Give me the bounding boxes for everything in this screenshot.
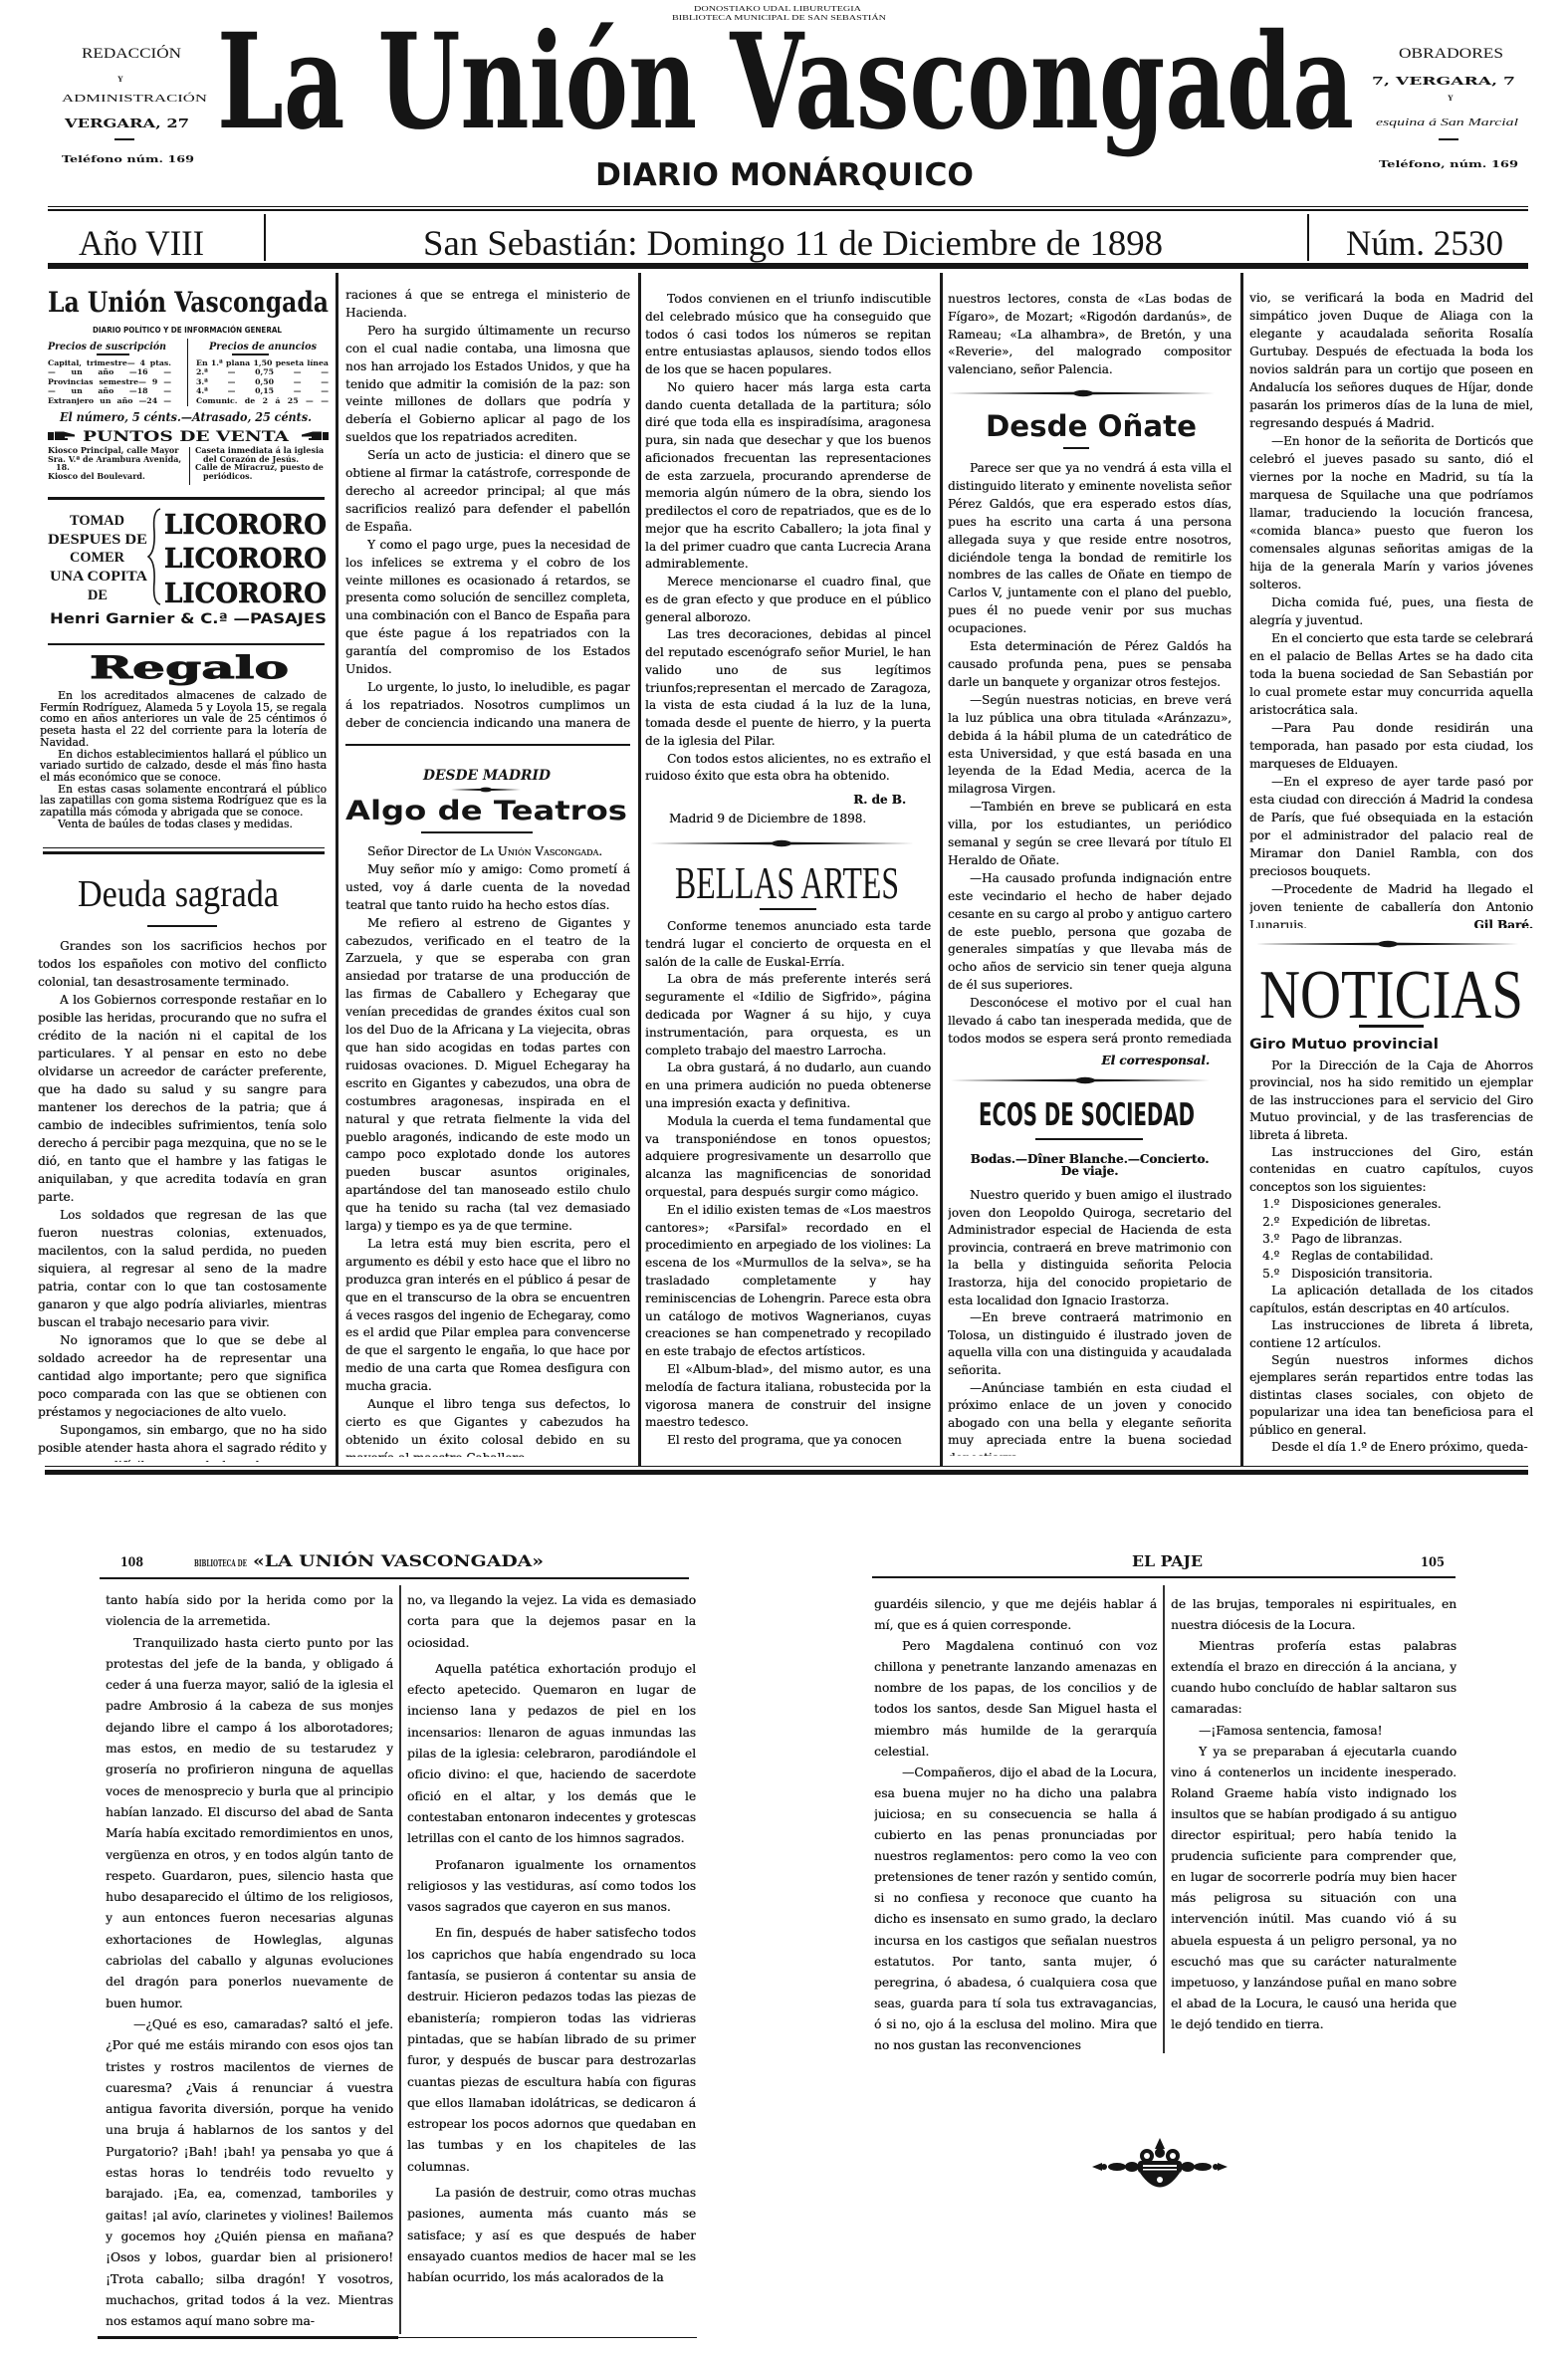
sales-points-left: Kiosco Principal, calle Mayor Sra. V.ª d… xyxy=(48,446,187,481)
divider-dash xyxy=(114,138,134,140)
paragraph: Me refiero al estreno de Gigantes y cabe… xyxy=(345,915,630,1236)
paragraph: Aquella patética exhortación produjo el … xyxy=(407,1659,696,1850)
single-issue-price: El número, 5 cénts.—Atrasado, 25 cénts. xyxy=(60,410,314,424)
title-underline xyxy=(1063,447,1089,449)
sales-point: Kiosco del Boulevard. xyxy=(48,472,187,481)
conjunction-label: Y xyxy=(117,75,123,84)
header-rule-thin xyxy=(48,206,1528,207)
list-number: 2.º xyxy=(1249,1214,1291,1231)
mini-masthead-title-text: La Unión Vascongada xyxy=(48,286,329,319)
paragraph: Las tres decoraciones, debidas al pincel… xyxy=(645,626,931,750)
header-title-text: «LA UNIÓN VASCONGADA» xyxy=(253,1550,544,1570)
dateline-divider-left xyxy=(264,214,266,261)
paragraph: La obra de más preferente interés será s… xyxy=(645,971,931,1060)
section-rule xyxy=(48,643,325,645)
paragraph: Desde el día 1.º de Enero próximo, queda… xyxy=(1249,1439,1533,1456)
deuda-title: Deuda sagrada xyxy=(78,874,281,916)
paragraph: Tranquilizado hasta cierto punto por las… xyxy=(106,1633,393,2014)
ad-brand: LICORORO xyxy=(164,579,327,609)
onate-title: Desde Oñate xyxy=(986,410,1199,442)
paragraph: —En el expreso de ayer tarde pasó por es… xyxy=(1249,773,1533,880)
masthead-subtitle: DIARIO MONÁRQUICO xyxy=(595,157,976,189)
feuilleton-header-rule xyxy=(100,1577,689,1579)
ecos-article-body: Nuestro querido y buen amigo el ilustrad… xyxy=(948,1187,1232,1456)
administracion-label: ADMINISTRACIÓN xyxy=(62,93,207,105)
ecos-title-text: ECOS DE SOCIEDAD xyxy=(979,1097,1195,1133)
list-number: 5.º xyxy=(1249,1266,1291,1283)
pointing-hand-left-icon xyxy=(301,430,329,442)
page-number-text: 108 xyxy=(120,1555,143,1570)
paragraph: El «Album-blad», del mismo autor, es una… xyxy=(645,1361,931,1432)
paragraph: —Ha causado profunda indignación entre e… xyxy=(948,870,1232,995)
header-rule xyxy=(48,209,1528,211)
ornamental-rule xyxy=(948,389,1215,397)
licororo-ad: TOMAD DESPUES DE COMER UNA COPITA DE LIC… xyxy=(48,506,329,627)
page-bottom-rule xyxy=(45,1470,1528,1475)
obradores-address: 7, VERGARA, 7 xyxy=(1372,75,1515,88)
sales-points-right: Caseta inmediata á la iglesia del Corazó… xyxy=(195,446,329,481)
noticias-body: Por la Dirección de la Caja de Ahorros p… xyxy=(1249,1058,1533,1456)
title-underline xyxy=(421,831,533,833)
section-rule xyxy=(345,744,630,746)
ornamental-rule xyxy=(451,786,521,794)
sales-points-divider xyxy=(189,447,190,485)
paragraph: Profanaron igualmente los ornamentos rel… xyxy=(407,1855,696,1919)
price-row: 3.ª — 0,50 — — xyxy=(196,377,329,386)
paragraph: La letra está muy bien escrita, pero el … xyxy=(345,1236,630,1396)
paragraph: —¿Qué es eso, camaradas? saltó el jefe. … xyxy=(106,2014,393,2332)
feuilleton-header-title: «LA UNIÓN VASCONGADA» xyxy=(253,1551,547,1569)
header-prefix-text: BIBLIOTECA DE xyxy=(194,1559,247,1569)
pointing-hand-right-icon xyxy=(48,430,76,442)
price-row: Capital, trimestre— 4 ptas. xyxy=(48,358,171,367)
price-row: Provincias semestre— 9 — xyxy=(48,377,171,386)
column-separator xyxy=(336,273,338,1466)
paragraph: En estas casas solamente encontrará el p… xyxy=(40,784,327,819)
paragraph: —Según nuestras noticias, en breve verá … xyxy=(948,692,1232,799)
paragraph: En dichos establecimientos hallará el pú… xyxy=(40,749,327,784)
feuilleton-column-b: no, va llegando la vejez. La vida es dem… xyxy=(407,1590,696,2335)
masthead-subtitle-text: DIARIO MONÁRQUICO xyxy=(595,157,974,193)
paragraph: Esta determinación de Pérez Galdós ha ca… xyxy=(948,638,1232,692)
article-signature: R. de B. xyxy=(645,791,906,809)
paragraph: Y como el pago urge, pues la necesidad d… xyxy=(345,537,630,679)
mini-masthead-subtitle: DIARIO POLÍTICO Y DE INFORMACIÓN GENERAL xyxy=(93,325,284,335)
sales-point: Caseta inmediata á la iglesia del Corazó… xyxy=(195,446,329,463)
ad-prices: En 1.ª plana 1,50 peseta línea 2.ª — 0,7… xyxy=(196,358,329,405)
paragraph: Según nuestros informes dichos ejemplare… xyxy=(1249,1352,1533,1439)
feuilleton-column-a: tanto había sido por la herida como por … xyxy=(106,1590,393,2335)
paragraph: raciones á que se entrega el ministerio … xyxy=(345,287,630,323)
deuda-article-body: Grandes son los sacrificios hechos por t… xyxy=(38,937,327,1462)
list-text: Disposición transitoria. xyxy=(1291,1266,1433,1283)
small-rule xyxy=(97,353,129,355)
paragraph: Supongamos, sin embargo, que no ha sido … xyxy=(38,1421,327,1462)
paragraph: —Anúnciase también en esta ciudad el pró… xyxy=(948,1380,1232,1456)
onate-article-body: Parece ser que ya no vendrá á esta villa… xyxy=(948,460,1232,1051)
section-label-text: DESDE MADRID xyxy=(422,768,552,784)
paragraph: Dicha comida fué, pues, una fiesta de al… xyxy=(1249,593,1533,629)
sales-points-heading-text: PUNTOS DE VENTA xyxy=(83,429,290,445)
fleuron-ornament-icon xyxy=(1090,2136,1230,2206)
single-issue-price-text: El número, 5 cénts.—Atrasado, 25 cénts. xyxy=(59,410,312,424)
salutation-text: Señor Director de xyxy=(367,844,480,858)
brace-icon xyxy=(148,509,160,604)
dateline-divider-right xyxy=(1307,214,1309,261)
ad-line: DESPUES DE xyxy=(48,532,147,548)
divider-dash xyxy=(1439,138,1458,140)
teatros-article-body: Señor Director de La Unión Vascongada. M… xyxy=(345,843,630,1457)
section-rule xyxy=(48,497,325,500)
onate-title-text: Desde Oñate xyxy=(986,409,1197,443)
price-row: — un año —18 — xyxy=(48,386,171,395)
list-item: 5.ºDisposición transitoria. xyxy=(1249,1266,1533,1283)
title-underline xyxy=(1035,1138,1143,1140)
price-row: 2.ª — 0,75 — — xyxy=(196,367,329,376)
paragraph: Por la Dirección de la Caja de Ahorros p… xyxy=(1249,1058,1533,1144)
paragraph: —Procedente de Madrid ha llegado el jove… xyxy=(1249,880,1533,928)
ornamental-rule xyxy=(650,839,914,847)
obradores-label: OBRADORES xyxy=(1399,46,1503,62)
teatros-continuation-body: Todos convienen en el triunfo indiscutib… xyxy=(645,291,931,789)
ad-line: UNA COPITA xyxy=(50,569,147,585)
teatros-title-text: Algo de Teatros xyxy=(345,796,627,826)
paragraph: La pasión de destruir, como otras muchas… xyxy=(407,2183,696,2288)
ad-brand: LICORORO xyxy=(164,544,327,575)
price-row: En 1.ª plana 1,50 peseta línea xyxy=(196,358,329,367)
paragraph: no, va llegando la vejez. La vida es dem… xyxy=(407,1590,696,1654)
redaccion-phone: Teléfono núm. 169 xyxy=(62,154,194,165)
ornamental-rule xyxy=(951,1076,1210,1084)
issue-date: San Sebastián: Domingo 11 de Diciembre d… xyxy=(423,221,1165,261)
price-row: Comunic. de 2 á 25 — — xyxy=(196,396,329,405)
paragraph: Lo urgente, lo justo, lo ineludible, es … xyxy=(345,679,630,735)
sales-point: Calle de Miracruz, puesto de periódicos. xyxy=(195,463,329,480)
paragraph: La obra gustará, á no dudarlo, aun cuand… xyxy=(645,1060,931,1112)
paragraph: Grandes son los sacrificios hechos por t… xyxy=(38,937,327,991)
sales-points-heading: PUNTOS DE VENTA xyxy=(83,428,292,444)
sales-point: Sra. V.ª de Arambura Avenida, 18. xyxy=(48,455,187,472)
mini-masthead-title: La Unión Vascongada xyxy=(48,289,331,319)
paragraph: —Compañeros, dijo el abad de la Locura, … xyxy=(874,1763,1157,2056)
section-rule xyxy=(43,851,325,854)
feuilleton-header-rule xyxy=(872,1576,1456,1578)
list-number: 4.º xyxy=(1249,1248,1291,1265)
salutation: Señor Director de La Unión Vascongada. xyxy=(345,843,630,861)
feuilleton-column-d: de las brujas, temporales ni espirituale… xyxy=(1171,1594,1456,2044)
feuilleton-bottom-rule-thin xyxy=(398,2337,697,2338)
paragraph: Con todos estos alicientes, no es extrañ… xyxy=(645,751,931,787)
list-item: 2.ºExpedición de libretas. xyxy=(1249,1214,1533,1231)
paragraph: guardéis silencio, y que me dejéis habla… xyxy=(874,1594,1157,1636)
paragraph: Parece ser que ya no vendrá á esta villa… xyxy=(948,460,1232,638)
ads-heading: Precios de anuncios xyxy=(209,341,319,353)
obradores-corner: esquina á San Marcial xyxy=(1376,118,1518,128)
regalo-title: Regalo xyxy=(90,652,291,686)
header-title-text: EL PAJE xyxy=(1132,1552,1203,1570)
paragraph: Nuestro querido y buen amigo el ilustrad… xyxy=(948,1187,1232,1309)
masthead-left-info: REDACCIÓN Y ADMINISTRACIÓN VERGARA, 27 T… xyxy=(55,40,214,169)
noticias-title-text: NOTICIAS xyxy=(1259,957,1523,1034)
paragraph: vio, se verificará la boda en Madrid del… xyxy=(1249,289,1533,432)
paragraph: Modula la cuerda el tema fundamental que… xyxy=(645,1113,931,1202)
paragraph: El resto del programa, que ya conocen xyxy=(645,1432,931,1450)
deuda-title-text: Deuda sagrada xyxy=(78,873,279,915)
ecos-continuation-body: vio, se verificará la boda en Madrid del… xyxy=(1249,289,1533,928)
subscription-heading-text: Precios de suscripción xyxy=(47,342,166,353)
paragraph: Todos convienen en el triunfo indiscutib… xyxy=(645,291,931,379)
paragraph: En fin, después de haber satisfecho todo… xyxy=(407,1923,696,2178)
bellas-artes-title-text: BELLAS ARTES xyxy=(675,858,899,908)
masthead-title: La Unión Vascongada xyxy=(217,20,1357,169)
list-number: 3.º xyxy=(1249,1231,1291,1248)
salutation-paper: La Unión Vascongada. xyxy=(480,844,602,858)
ad-brand: LICORORO xyxy=(164,510,327,541)
bellas-artes-continuation: nuestros lectores, consta de «Las bodas … xyxy=(948,291,1232,380)
article-signature: Gil Baré. xyxy=(1473,916,1533,928)
prices-divider xyxy=(187,339,188,406)
feuilleton-column-c: guardéis silencio, y que me dejéis habla… xyxy=(874,1594,1157,2058)
column-separator xyxy=(638,273,641,1466)
list-item: 4.ºReglas de contabilidad. xyxy=(1249,1248,1533,1265)
issue-year-text: Año VIII xyxy=(79,223,204,263)
issue-number: Núm. 2530 xyxy=(1346,221,1505,261)
paragraph: nuestros lectores, consta de «Las bodas … xyxy=(948,291,1232,379)
paragraph: Los soldados que regresan de las que fue… xyxy=(38,1206,327,1331)
ad-line: TOMAD xyxy=(70,513,124,529)
paragraph: —En honor de la señorita de Dorticós que… xyxy=(1249,432,1533,593)
list-text: Expedición de libretas. xyxy=(1291,1214,1431,1231)
ad-line: COMER xyxy=(70,550,124,566)
section-label: DESDE MADRID xyxy=(423,767,553,783)
issue-number-text: Núm. 2530 xyxy=(1346,223,1503,263)
paragraph: —¡Famosa sentencia, famosa! xyxy=(1171,1721,1456,1742)
page-bottom-rule-thin xyxy=(45,1466,1528,1467)
paragraph: —También en breve se publicará en esta v… xyxy=(948,799,1232,870)
conjunction-label: Y xyxy=(1448,94,1454,103)
list-item: 3.ºPago de libranzas. xyxy=(1249,1231,1533,1248)
teatros-title: Algo de Teatros xyxy=(345,795,630,826)
price-row: — un año —16 — xyxy=(48,367,171,376)
paragraph: En los acreditados almacenes de calzado … xyxy=(40,690,327,749)
redaccion-address: VERGARA, 27 xyxy=(64,117,189,130)
obradores-phone: Teléfono, núm. 169 xyxy=(1379,159,1518,170)
issue-year: Año VIII xyxy=(79,221,206,261)
deuda-continuation-body: raciones á que se entrega el ministerio … xyxy=(345,287,630,735)
page-number-text: 105 xyxy=(1421,1555,1445,1570)
feuilleton-bottom-rule xyxy=(98,2336,398,2339)
paragraph: Conforme tenemos anunciado esta tarde te… xyxy=(645,918,931,971)
ad-line: DE xyxy=(88,588,108,603)
paragraph: Mientras profería estas palabras extendí… xyxy=(1171,1636,1456,1720)
bellas-artes-title: BELLAS ARTES xyxy=(675,862,901,902)
paragraph: Pero ha surgido últimamente un recurso c… xyxy=(345,323,630,447)
mini-masthead-subtitle-text: DIARIO POLÍTICO Y DE INFORMACIÓN GENERAL xyxy=(93,326,282,335)
redaccion-label: REDACCIÓN xyxy=(82,45,181,62)
section-rule-thin xyxy=(43,847,325,848)
paragraph: Desconócese el motivo por el cual han ll… xyxy=(948,995,1232,1051)
feuilleton-column-separator xyxy=(399,1585,401,2334)
masthead-title-text: La Unión Vascongada xyxy=(217,5,1354,159)
article-dateline: Madrid 9 de Diciembre de 1898. xyxy=(669,810,866,827)
ecos-summary-line-2: De viaje. xyxy=(948,1165,1232,1177)
article-signature: El corresponsal. xyxy=(948,1052,1210,1069)
feuilleton-header-prefix: BIBLIOTECA DE xyxy=(194,1555,249,1569)
title-underline xyxy=(1359,1025,1424,1028)
paragraph: En el idilio existen temas de «Los maest… xyxy=(645,1202,931,1361)
paragraph: de las brujas, temporales ni espirituale… xyxy=(1171,1594,1456,1636)
paragraph: Venta de baúles de todas clases y medida… xyxy=(40,819,327,830)
paragraph: No ignoramos que lo que se debe al solda… xyxy=(38,1331,327,1421)
title-underline xyxy=(147,925,217,927)
paragraph: En el concierto que esta tarde se celebr… xyxy=(1249,629,1533,719)
regalo-title-text: Regalo xyxy=(90,650,289,686)
title-underline xyxy=(760,908,816,910)
masthead-right-info: OBRADORES 7, VERGARA, 7 Y esquina á San … xyxy=(1364,40,1528,174)
paragraph: Sería un acto de justicia: el dinero que… xyxy=(345,447,630,537)
list-item: 1.ºDisposiciones generales. xyxy=(1249,1196,1533,1213)
paragraph: Y ya se preparaban á ejecutarla cuando v… xyxy=(1171,1742,1456,2035)
list-number: 1.º xyxy=(1249,1196,1291,1213)
paragraph: Pero Magdalena continuó con voz chillona… xyxy=(874,1636,1157,1763)
list-text: Pago de libranzas. xyxy=(1291,1231,1402,1248)
regalo-article-body: En los acreditados almacenes de calzado … xyxy=(40,690,327,835)
list-text: Disposiciones generales. xyxy=(1291,1196,1442,1213)
paragraph: La aplicación detallada de los citados c… xyxy=(1249,1283,1533,1317)
noticias-subtitle-text: Giro Mutuo provincial xyxy=(1249,1037,1439,1053)
column-separator xyxy=(1240,273,1243,1466)
ornamental-rule xyxy=(1256,940,1520,948)
small-rule xyxy=(232,353,269,355)
paragraph: Las instrucciones de libreta á libreta, … xyxy=(1249,1317,1533,1352)
paragraph: —En breve contraerá matrimonio en Tolosa… xyxy=(948,1309,1232,1379)
paragraph: Las instrucciones del Giro, están conten… xyxy=(1249,1144,1533,1196)
feuilleton-page-number-right: 105 xyxy=(1421,1553,1447,1569)
ecos-title: ECOS DE SOCIEDAD xyxy=(979,1099,1197,1129)
noticias-subtitle: Giro Mutuo provincial xyxy=(1249,1036,1444,1053)
subscription-prices: Capital, trimestre— 4 ptas. — un año —16… xyxy=(48,358,171,405)
paragraph: tanto había sido por la herida como por … xyxy=(106,1590,393,1633)
column-separator xyxy=(940,273,943,1466)
header-thick-rule xyxy=(48,263,1528,269)
paragraph: No quiero hacer más larga esta carta dan… xyxy=(645,379,931,574)
issue-date-text: San Sebastián: Domingo 11 de Diciembre d… xyxy=(423,223,1163,263)
paragraph: Aunque el libro tenga sus defectos, lo c… xyxy=(345,1396,630,1457)
noticias-title: NOTICIAS xyxy=(1259,966,1526,1022)
subscription-heading: Precios de suscripción xyxy=(48,341,167,353)
paragraph: Muy señor mío y amigo: Como prometí á us… xyxy=(345,861,630,915)
price-row: 4.ª — 0,15 — — xyxy=(196,386,329,395)
ads-heading-text: Precios de anuncios xyxy=(208,342,317,353)
paragraph: Merece mencionarse el cuadro final, que … xyxy=(645,574,931,626)
paragraph: —Para Pau donde residirán una temporada,… xyxy=(1249,719,1533,773)
feuilleton-page-number-left: 108 xyxy=(120,1553,146,1569)
feuilleton-column-separator xyxy=(1163,1585,1165,2053)
price-row: Extranjero un año —24 — xyxy=(48,396,171,405)
ad-footer: Henri Garnier & C.ª —PASAJES xyxy=(50,611,327,627)
paragraph: A los Gobiernos corresponde restañar en … xyxy=(38,991,327,1206)
list-text: Reglas de contabilidad. xyxy=(1291,1248,1434,1265)
bellas-artes-body: Conforme tenemos anunciado esta tarde te… xyxy=(645,918,931,1458)
feuilleton-right-header: EL PAJE xyxy=(1132,1551,1205,1569)
